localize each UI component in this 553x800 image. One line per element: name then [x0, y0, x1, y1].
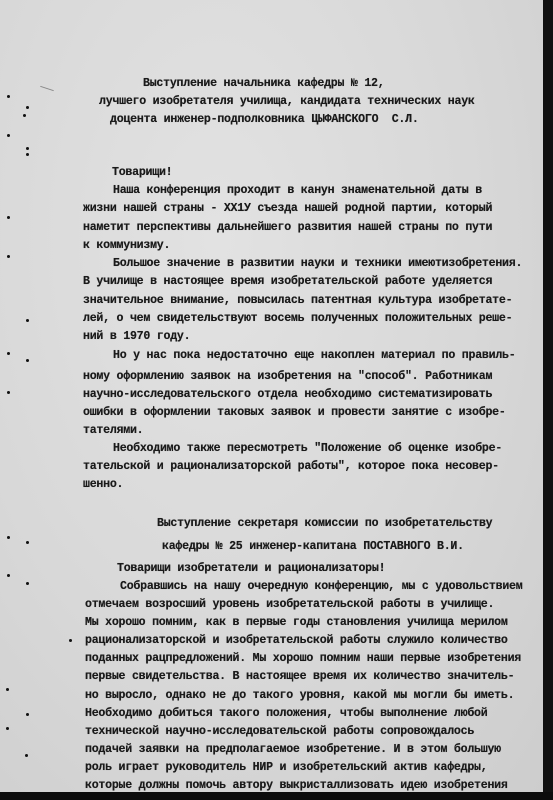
- scan-dot: [69, 639, 72, 642]
- scan-dot: [26, 319, 29, 322]
- paragraph-line: технической научно-исследовательской раб…: [85, 725, 474, 738]
- paragraph-line: лей, о чем свидетельствуют восемь получе…: [83, 312, 512, 325]
- paragraph-line: значительное внимание, повысилась патент…: [83, 294, 512, 307]
- scan-dot: [6, 727, 9, 730]
- scan-edge-right: [543, 0, 553, 800]
- paragraph-line: к коммунизму.: [83, 239, 170, 252]
- paragraph-line: Наша конференция проходит в канун знамен…: [113, 184, 482, 197]
- scan-dot: [23, 114, 26, 117]
- paragraph-line: наметит перспективы дальнейшего развития…: [83, 221, 492, 234]
- scan-edge-bottom: [0, 792, 553, 800]
- scan-dot: [7, 536, 10, 539]
- scan-dot: [26, 713, 29, 716]
- scan-dot: [6, 688, 9, 691]
- paragraph-line: роль играет руководитель НИР и изобретел…: [85, 761, 487, 774]
- section2-greeting: Товарищи изобретатели и рационализаторы!: [117, 562, 385, 575]
- scan-dot: [7, 574, 10, 577]
- paragraph-line: ний в 1970 году.: [83, 330, 190, 343]
- scan-dot: [26, 582, 29, 585]
- scan-dot: [7, 134, 10, 137]
- section2-heading-line-1: Выступление секретаря комиссии по изобре…: [157, 517, 492, 530]
- paragraph-line: Но у нас пока недостаточно еще накоплен …: [113, 349, 515, 362]
- paragraph-line: Необходимо добиться такого положения, чт…: [85, 707, 487, 720]
- section1-heading-line-2: лучшего изобретателя училища, кандидата …: [99, 95, 475, 108]
- paragraph-line: рационализаторской и изобретательской ра…: [85, 634, 508, 647]
- paragraph-line: поданных рацпредложений. Мы хорошо помни…: [85, 652, 521, 665]
- scan-dot: [7, 255, 10, 258]
- paragraph-line: подачей заявки на предполагаемое изобрет…: [85, 743, 501, 756]
- scan-dot: [26, 153, 29, 156]
- scan-dot: [26, 541, 29, 544]
- paragraph-line: ному оформлению заявок на изобретения на…: [83, 370, 492, 383]
- section2-heading-line-2: кафедры № 25 инженер-капитана ПОСТАВНОГО…: [162, 540, 464, 553]
- scan-dot: [26, 147, 29, 150]
- section1-heading-line-3: доцента инженер-подполковника ЦЫФАНСКОГО…: [110, 113, 419, 126]
- scan-dot: [7, 352, 10, 355]
- scan-dot: [26, 359, 29, 362]
- scan-dot: [26, 106, 29, 109]
- scan-dot: [7, 95, 10, 98]
- scan-dot: [7, 391, 10, 394]
- paragraph-line: но выросло, однако не до такого уровня, …: [85, 689, 514, 702]
- paragraph-line: тательской и рационализаторской работы",…: [83, 460, 499, 473]
- paragraph-line: Большое значение в развитии науки и техн…: [113, 257, 522, 270]
- section1-greeting: Товарищи!: [112, 166, 172, 179]
- paragraph-line: шенно.: [83, 478, 123, 491]
- paragraph-line: которые должны помочь автору выкристалли…: [85, 779, 508, 792]
- paragraph-line: научно-исследовательского отдела необход…: [83, 388, 492, 401]
- paragraph-line: первые свидетельства. В настоящее время …: [85, 670, 514, 683]
- scan-dot: [7, 216, 10, 219]
- paragraph-line: Собравшись на нашу очередную конференцию…: [120, 580, 522, 593]
- paragraph-line: Необходимо также пересмотреть "Положение…: [113, 442, 502, 455]
- paragraph-line: тателями.: [83, 424, 143, 437]
- paragraph-line: жизни нашей страны - ХХ1У съезда нашей р…: [83, 202, 492, 215]
- scan-dot: [25, 754, 28, 757]
- section1-heading-line-1: Выступление начальника кафедры № 12,: [143, 77, 384, 90]
- paragraph-line: ошибки в оформлении таковых заявок и про…: [83, 406, 506, 419]
- paragraph-line: отмечаем возросший уровень изобретательс…: [85, 598, 494, 611]
- paragraph-line: Мы хорошо помним, как в первые годы стан…: [85, 616, 508, 629]
- paragraph-line: В училище в настоящее время изобретатель…: [83, 275, 492, 288]
